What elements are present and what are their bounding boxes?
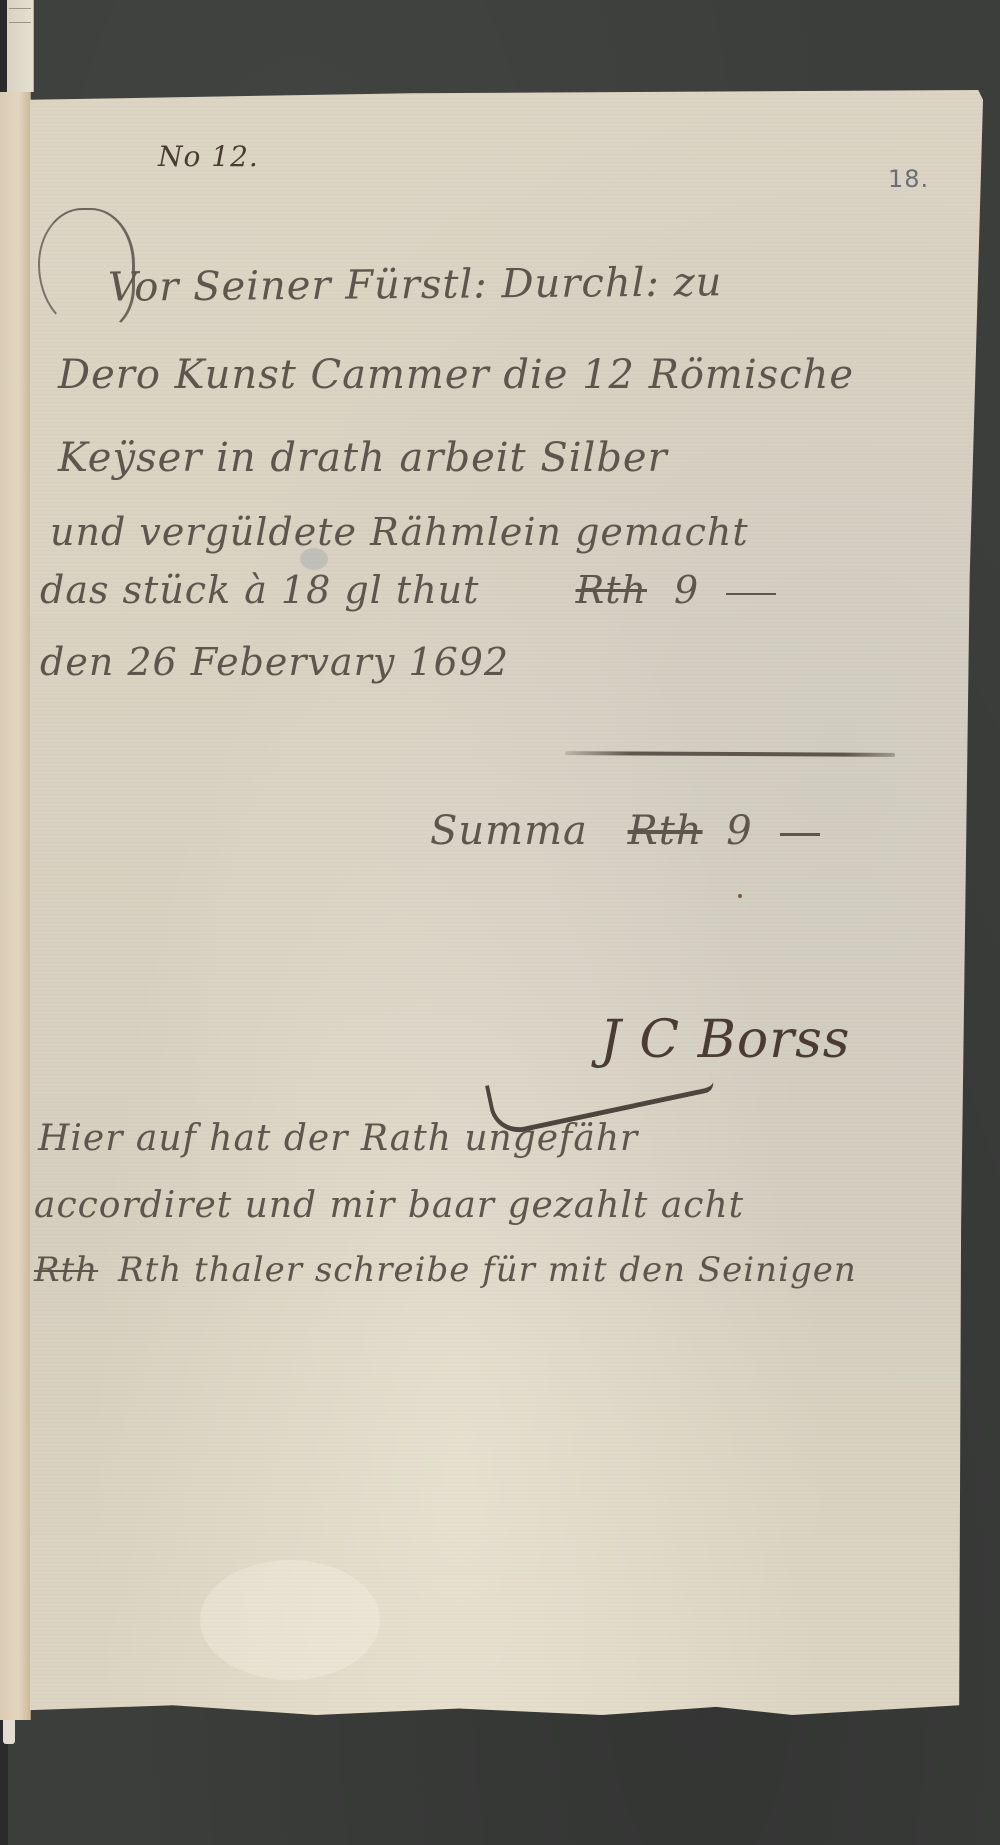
folio-number: 18. (888, 165, 929, 193)
item-number: No 12. (158, 140, 259, 173)
ink-speck (738, 894, 742, 898)
total-currency: Rth (628, 808, 703, 854)
body-line-5-text: das stück à 18 gl thut (40, 568, 479, 612)
body-line-2: Dero Kunst Cammer die 12 Römische (58, 352, 854, 398)
signature: J C Borss (600, 1010, 850, 1070)
note-line-1: Hier auf hat der Rath ungefähr (38, 1118, 638, 1159)
adjacent-page-margin (0, 92, 31, 1720)
note-line-3-text: Rth thaler schreibe für mit den Seinigen (118, 1250, 857, 1290)
adjacent-page-edge (7, 0, 34, 92)
body-line-5: das stück à 18 gl thut Rth 9 (40, 568, 776, 612)
total-label: Summa (430, 808, 588, 854)
note-line-3: Rth Rth thaler schreibe für mit den Sein… (34, 1250, 857, 1290)
date-line: den 26 Febervary 1692 (40, 640, 509, 684)
amount-dash (726, 593, 776, 595)
line-amount: 9 (674, 568, 699, 612)
page-tab (3, 1720, 15, 1744)
manuscript-page (30, 90, 983, 1715)
body-line-1: Vor Seiner Fürstl: Durchl: zu (108, 259, 723, 310)
paper-light-patch (200, 1560, 380, 1680)
total-amount: 9 (726, 808, 752, 854)
total-dash (780, 833, 820, 836)
note-line-2: accordiret und mir baar gezahlt acht (34, 1185, 744, 1226)
line-currency: Rth (576, 568, 647, 612)
note-struck-word: Rth (34, 1250, 98, 1290)
total-line: Summa Rth 9 (430, 808, 820, 854)
body-line-3: Keÿser in drath arbeit Silber (58, 435, 668, 481)
body-line-4: und vergüldete Rähmlein gemacht (50, 510, 749, 554)
